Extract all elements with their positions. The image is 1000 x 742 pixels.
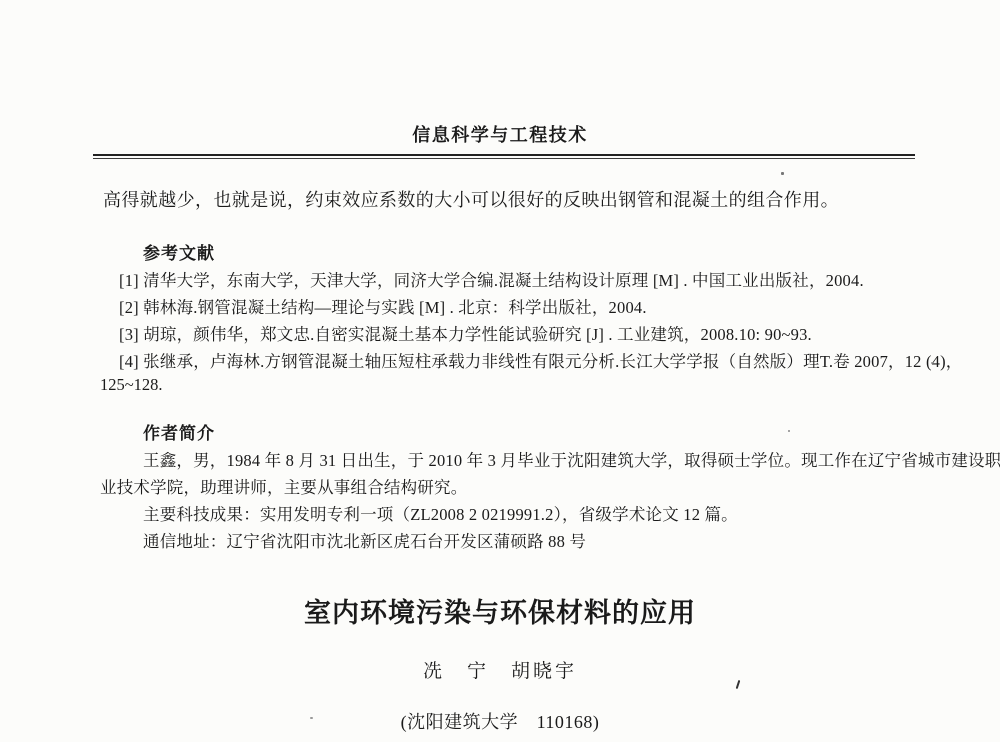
scan-artifact-dot xyxy=(788,430,790,432)
reference-item-4: [4] 张继承，卢海林.方钢管混凝土轴压短柱承载力非线性有限元分析.长江大学学报… xyxy=(119,348,962,372)
scan-artifact-dot xyxy=(310,717,313,719)
next-article-title: 室内环境污染与环保材料的应用 xyxy=(0,591,1000,630)
next-article-affiliation: (沈阳建筑大学 110168) xyxy=(0,708,1000,734)
reference-item-2: [2] 韩林海.钢管混凝土结构—理论与实践 [M] . 北京：科学出版社，200… xyxy=(119,294,647,318)
author-bio-address: 通信地址：辽宁省沈阳市沈北新区虎石台开发区蒲硕路 88 号 xyxy=(143,528,586,552)
reference-item-3: [3] 胡琼，颜伟华，郑文忠.自密实混凝土基本力学性能试验研究 [J] . 工业… xyxy=(119,321,812,345)
scanned-journal-page: 信息科学与工程技术 高得就越少，也就是说，约束效应系数的大小可以很好的反映出钢管… xyxy=(0,0,1000,742)
body-paragraph: 高得就越少，也就是说，约束效应系数的大小可以很好的反映出钢管和混凝土的组合作用。 xyxy=(103,186,839,212)
running-head-section-title: 信息科学与工程技术 xyxy=(0,121,1000,147)
references-heading: 参考文献 xyxy=(143,239,215,264)
header-double-rule xyxy=(93,154,915,159)
author-bio-achievements: 主要科技成果：实用发明专利一项（ZL2008 2 0219991.2），省级学术… xyxy=(143,501,738,525)
next-article-authors: 冼 宁 胡晓宇 xyxy=(0,656,1000,683)
scan-artifact-dot xyxy=(781,172,784,175)
author-bio-heading: 作者简介 xyxy=(143,419,215,444)
author-bio-line-2: 业技术学院，助理讲师，主要从事组合结构研究。 xyxy=(100,474,467,498)
scan-artifact-dot xyxy=(931,362,933,364)
author-bio-line-1: 王鑫，男，1984 年 8 月 31 日出生，于 2010 年 3 月毕业于沈阳… xyxy=(143,447,1000,471)
reference-item-4-carryover: 125~128. xyxy=(100,375,163,395)
reference-item-1: [1] 清华大学，东南大学，天津大学，同济大学合编.混凝土结构设计原理 [M] … xyxy=(119,267,864,291)
